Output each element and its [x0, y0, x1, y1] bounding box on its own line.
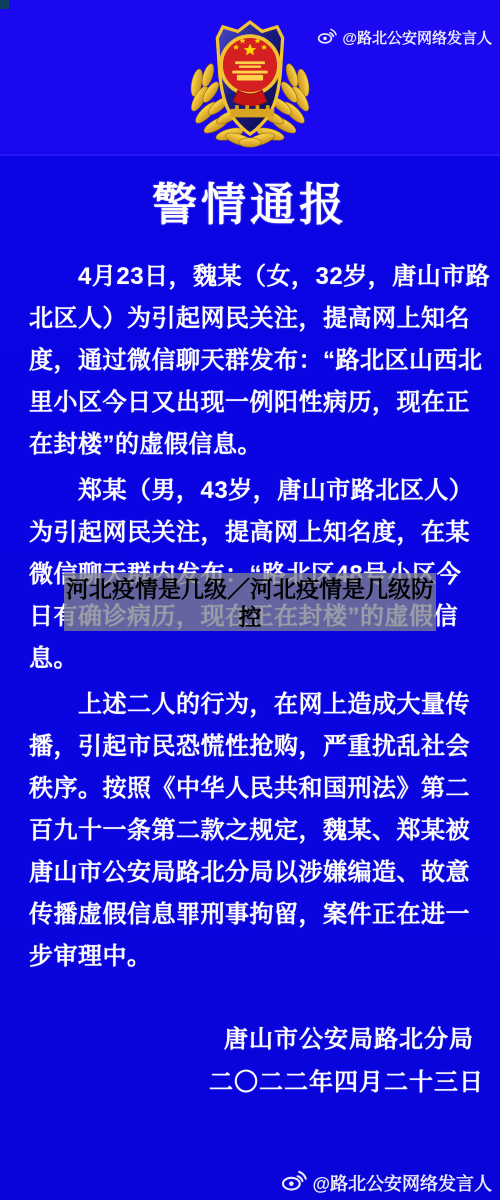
body-line: 北区人）为引起网民关注，提高网上知名: [29, 298, 471, 340]
body-line: 播，引起市民恐慌性抢购，严重扰乱社会: [29, 726, 471, 768]
body-line: 百九十一条第二款之规定，魏某、郑某被: [29, 810, 471, 852]
weibo-icon: [317, 28, 337, 48]
body-line: 唐山市公安局路北分局以涉嫌编造、故意: [29, 852, 471, 894]
weibo-watermark-bottom: @路北公安网络发言人: [281, 1170, 492, 1196]
paragraph-3: 上述二人的行为，在网上造成大量传 播，引起市民恐慌性抢购，严重扰乱社会 秩序。按…: [29, 684, 471, 978]
paragraph-1: 4月23日，魏某（女，32岁，唐山市路 北区人）为引起网民关注，提高网上知名 度…: [29, 256, 471, 466]
signature-agency: 唐山市公安局路北分局: [209, 1018, 484, 1061]
body-line: 息。: [29, 638, 471, 680]
signature-date: 二〇二二年四月二十三日: [209, 1061, 484, 1104]
body-line: 为引起网民关注，提高网上知名度，在某: [29, 512, 471, 554]
notice-title: 警情通报: [0, 168, 500, 233]
body-line: 郑某（男，43岁，唐山市路北区人）: [29, 470, 471, 512]
corner-artifact: [0, 0, 9, 9]
body-line: 上述二人的行为，在网上造成大量传: [29, 684, 471, 726]
body-line: 在封楼”的虚假信息。: [29, 424, 471, 466]
body-line: 度，通过微信聊天群发布：“路北区山西北: [29, 340, 471, 382]
band-seam-divider: [0, 154, 500, 156]
weibo-handle-top: @路北公安网络发言人: [342, 27, 492, 48]
body-line: 4月23日，魏某（女，32岁，唐山市路: [29, 256, 471, 298]
body-line: 里小区今日又出现一例阳性病历，现在正: [29, 382, 471, 424]
signature-block: 唐山市公安局路北分局 二〇二二年四月二十三日: [209, 1018, 484, 1104]
search-text-watermark: 河北疫情是几级／河北疫情是几级防控: [64, 573, 436, 631]
body-line: 秩序。按照《中华人民共和国刑法》第二: [29, 768, 471, 810]
weibo-icon: [281, 1170, 307, 1196]
search-text-watermark-overlay: 河北疫情是几级／河北疫情是几级防控: [64, 573, 436, 631]
weibo-watermark-top: @路北公安网络发言人: [317, 27, 492, 48]
police-notice-image: @路北公安网络发言人 警情通报 4月23日，魏某（女，32岁，唐山市路 北区人）…: [0, 0, 500, 1200]
police-emblem-icon: [180, 6, 320, 154]
body-line: 步审理中。: [29, 936, 471, 978]
body-line: 传播虚假信息罪刑事拘留，案件正在进一: [29, 894, 471, 936]
weibo-handle-bottom: @路北公安网络发言人: [312, 1170, 492, 1196]
